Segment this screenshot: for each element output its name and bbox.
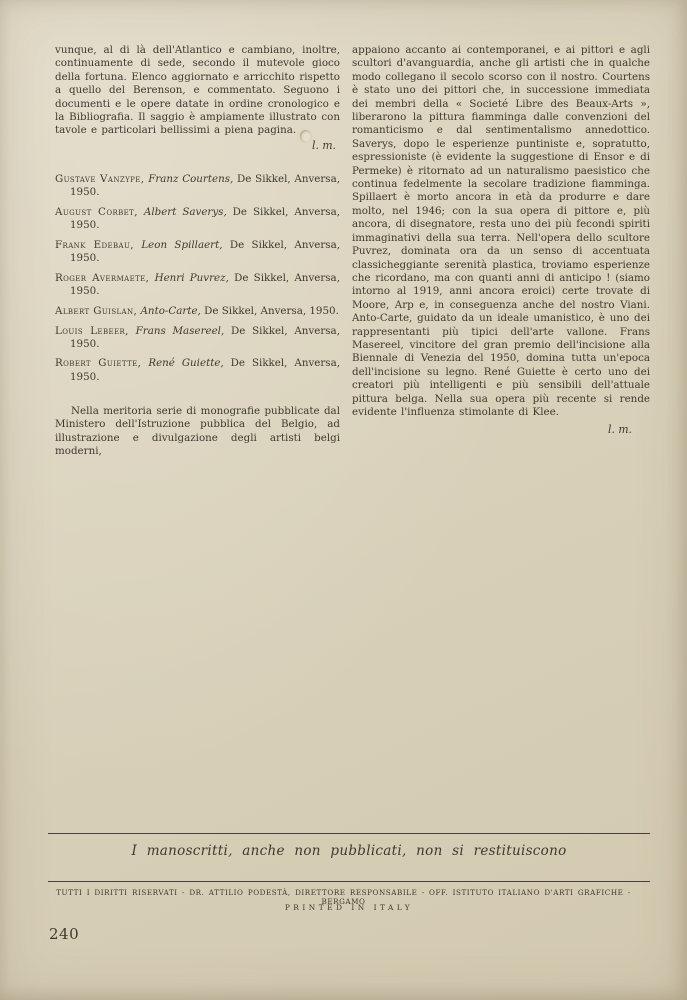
manuscripts-notice: I manoscritti, anche non pubblicati, non… — [48, 843, 650, 859]
footer-divider-bottom — [48, 881, 650, 882]
bibliography-author: Gustave Vanzype, — [55, 173, 144, 185]
right-column: appaiono accanto ai contemporanei, e ai … — [352, 44, 650, 459]
bibliography-title: Franz Courtens, — [148, 173, 233, 185]
bibliography-title: Anto-Carte, — [141, 305, 201, 317]
bibliography-author: Albert Guislan, — [55, 305, 137, 317]
bibliography-author: Roger Avermaete, — [55, 272, 149, 284]
bibliography-list: Gustave Vanzype, Franz Courtens, De Sikk… — [55, 173, 340, 384]
printed-in-italy-line: PRINTED IN ITALY — [48, 903, 650, 912]
bibliography-entry: Frank Edebau, Leon Spillaert, De Sikkel,… — [55, 239, 340, 265]
bibliography-entry: August Corbet, Albert Saverys, De Sikkel… — [55, 206, 340, 232]
paper-blemish — [300, 130, 311, 142]
left-signature-initials: l. m. — [55, 139, 340, 152]
left-column: vunque, al di là dell'Atlantico e cambia… — [55, 44, 340, 459]
bibliography-entry: Gustave Vanzype, Franz Courtens, De Sikk… — [55, 173, 340, 199]
bibliography-entry: Albert Guislan, Anto-Carte, De Sikkel, A… — [55, 305, 340, 318]
bibliography-author: Robert Guiette, — [55, 357, 141, 369]
bibliography-title: Frans Masereel, — [136, 325, 225, 337]
bibliography-author: Louis Lebeer, — [55, 325, 129, 337]
bibliography-title: Albert Saverys, — [144, 206, 227, 218]
bibliography-title: Henri Puvrez, — [155, 272, 229, 284]
left-paragraph-1: vunque, al di là dell'Atlantico e cambia… — [55, 44, 340, 138]
bibliography-title: René Guiette, — [148, 357, 223, 369]
page-number: 240 — [49, 925, 79, 943]
right-signature-initials: l. m. — [352, 423, 650, 436]
bibliography-entry: Louis Lebeer, Frans Masereel, De Sikkel,… — [55, 325, 340, 351]
text-columns: vunque, al di là dell'Atlantico e cambia… — [55, 44, 650, 459]
footer-divider-top — [48, 833, 650, 834]
right-paragraph: appaiono accanto ai contemporanei, e ai … — [352, 44, 650, 419]
bibliography-author: August Corbet, — [55, 206, 138, 218]
bibliography-entry: Robert Guiette, René Guiette, De Sikkel,… — [55, 357, 340, 383]
scanned-magazine-page: vunque, al di là dell'Atlantico e cambia… — [0, 0, 687, 1000]
bibliography-author: Frank Edebau, — [55, 239, 134, 251]
bibliography-entry: Roger Avermaete, Henri Puvrez, De Sikkel… — [55, 272, 340, 298]
left-paragraph-2: Nella meritoria serie di monografie pubb… — [55, 405, 340, 459]
bibliography-title: Leon Spillaert, — [141, 239, 222, 251]
bibliography-publisher: De Sikkel, Anversa, 1950. — [204, 305, 339, 317]
